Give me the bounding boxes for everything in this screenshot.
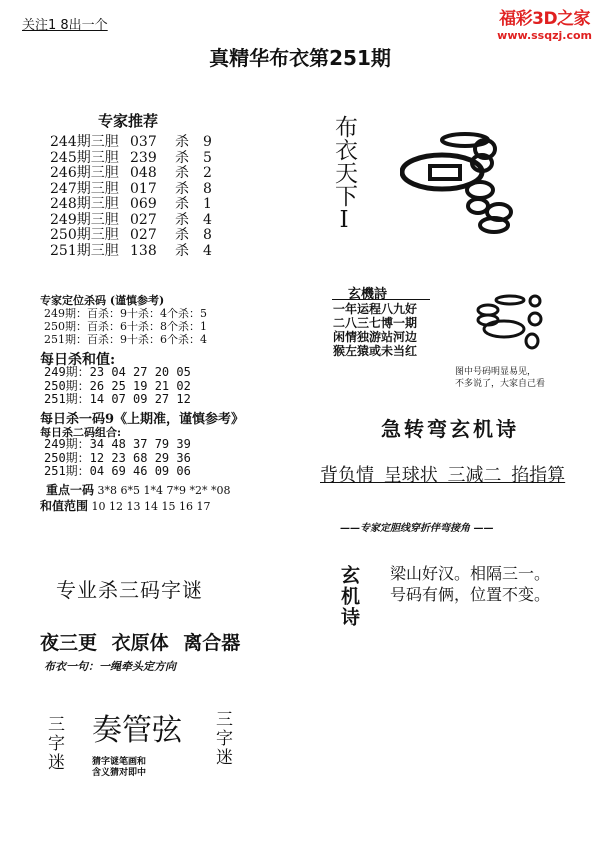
riddle-title: 专业杀三码字谜 <box>56 574 203 603</box>
period: 251期三胆 <box>50 244 130 260</box>
list-item: 251期：14 07 09 27 12 <box>44 393 191 407</box>
kill-label: 杀 <box>175 166 203 182</box>
range-values: 10 12 13 14 15 16 17 <box>92 500 211 513</box>
kill-value: 2 <box>203 166 212 182</box>
focus-note: 关注1 8出一个 <box>22 14 108 33</box>
nums: 037 <box>130 135 175 151</box>
kill-label: 杀 <box>175 182 203 198</box>
verse-line: 号码有俩，位置不变。 <box>390 584 550 605</box>
expert-line: ——专家定胆线穿折伴弯接角 —— <box>340 519 493 534</box>
list-item: 245期三胆239杀5 <box>50 151 212 167</box>
nums: 027 <box>130 228 175 244</box>
kill-value: 8 <box>203 182 212 198</box>
list-item: 251期：百杀：9十杀：6个杀：4 <box>44 333 207 346</box>
kill-label: 杀 <box>175 228 203 244</box>
nums: 048 <box>130 166 175 182</box>
list-item: 244期三胆037杀9 <box>50 135 212 151</box>
riddle-hint: 布衣一句：一绳牵头定方向 <box>44 658 176 674</box>
coin-chain-icon <box>400 130 530 235</box>
period: 249期三胆 <box>50 213 130 229</box>
expert-title: 专家推荐 <box>98 110 158 131</box>
riddle-poem-title: 急转弯玄机诗 <box>0 413 600 442</box>
period: 247期三胆 <box>50 182 130 198</box>
expert-list: 244期三胆037杀9 245期三胆239杀5 246期三胆048杀2 247期… <box>50 135 212 259</box>
nums: 138 <box>130 244 175 260</box>
kill-two-list: 249期：34 48 37 79 39 250期：12 23 68 29 36 … <box>44 438 191 479</box>
position-kill-header: 专家定位杀码 (谨慎参考) <box>40 294 207 307</box>
riddle-words: 夜三更 衣原体 离合器 <box>40 628 240 655</box>
xj-verse: 梁山好汉。相隔三一。 号码有俩，位置不变。 <box>390 563 550 605</box>
nums: 017 <box>130 182 175 198</box>
riddle-poem-words: 背负情 呈球状 三减二 掐指算 <box>320 461 565 487</box>
nums: 239 <box>130 151 175 167</box>
period: 250期三胆 <box>50 228 130 244</box>
focus-code-row: 重点一码 3*8 6*5 1*4 7*9 *2* *08 <box>46 481 230 498</box>
list-item: 248期三胆069杀1 <box>50 197 212 213</box>
page-title: 真精华布衣第251期 <box>0 42 600 71</box>
list-item: 251期：04 69 46 09 06 <box>44 465 191 479</box>
verse-line: 梁山好汉。相隔三一。 <box>390 563 550 584</box>
brand-logo[interactable]: 福彩3D之家 www.ssqzj.com <box>497 4 592 42</box>
caption-line: 不多说了，大家自己看 <box>455 378 545 390</box>
kill-value: 4 <box>203 244 212 260</box>
list-item: 249期：百杀：9十杀：4个杀：5 <box>44 307 207 320</box>
period: 246期三胆 <box>50 166 130 182</box>
period: 244期三胆 <box>50 135 130 151</box>
kill-value: 5 <box>203 151 212 167</box>
kill-label: 杀 <box>175 197 203 213</box>
poem-line: 闲情独游站河边 <box>333 330 417 344</box>
kill-value: 8 <box>203 228 212 244</box>
three-char-riddle-left: 三字迷 <box>42 715 67 772</box>
kill-label: 杀 <box>175 135 203 151</box>
image-caption: 图中号码明显易见， 不多说了，大家自己看 <box>455 366 545 390</box>
period: 245期三胆 <box>50 151 130 167</box>
kill-value: 1 <box>203 197 212 213</box>
riddle-big-word: 奏管弦 <box>92 705 182 749</box>
list-item: 250期：12 23 68 29 36 <box>44 452 191 466</box>
vertical-title-text: 布衣天下I <box>331 115 357 233</box>
nums: 027 <box>130 213 175 229</box>
caption-line: 图中号码明显易见， <box>455 366 545 378</box>
kill-value: 4 <box>203 213 212 229</box>
poem-line: 一年运程八九好 <box>333 302 417 316</box>
range-label: 和值范围 <box>40 499 88 513</box>
sum-kill-list: 249期：23 04 27 20 05 250期：26 25 19 21 02 … <box>44 366 191 407</box>
list-item: 249期三胆027杀4 <box>50 213 212 229</box>
kill-value: 9 <box>203 135 212 151</box>
list-item: 250期：26 25 19 21 02 <box>44 380 191 394</box>
brand-url: www.ssqzj.com <box>497 29 592 42</box>
poem-line: 猴左猿或未当红 <box>333 344 417 358</box>
kill-label: 杀 <box>175 151 203 167</box>
kill-label: 杀 <box>175 213 203 229</box>
vertical-title: 布衣天下I <box>330 115 358 239</box>
kill-label: 杀 <box>175 244 203 260</box>
xj-vertical-title: 玄机诗 <box>336 565 363 628</box>
riddle-caption: 猜字谜笔画和含义猜对即中 <box>92 757 152 779</box>
poem-line: 二八三七博一期 <box>333 316 417 330</box>
poem-lines: 一年运程八九好 二八三七博一期 闲情独游站河边 猴左猿或未当红 <box>333 302 417 358</box>
number-image-icon <box>470 293 550 353</box>
list-item: 247期三胆017杀8 <box>50 182 212 198</box>
list-item: 251期三胆138杀4 <box>50 244 212 260</box>
three-char-riddle-right: 三字迷 <box>210 710 235 767</box>
divider <box>332 299 430 300</box>
list-item: 246期三胆048杀2 <box>50 166 212 182</box>
position-kill-block: 专家定位杀码 (谨慎参考) 249期：百杀：9十杀：4个杀：5 250期：百杀：… <box>44 294 207 346</box>
sum-range-row: 和值范围 10 12 13 14 15 16 17 <box>40 497 210 514</box>
period: 248期三胆 <box>50 197 130 213</box>
list-item: 250期：百杀：6十杀：8个杀：1 <box>44 320 207 333</box>
focus-values: 3*8 6*5 1*4 7*9 *2* *08 <box>98 484 231 497</box>
list-item: 250期三胆027杀8 <box>50 228 212 244</box>
focus-label: 重点一码 <box>46 483 94 497</box>
brand-name: 福彩3D之家 <box>497 4 592 29</box>
list-item: 249期：23 04 27 20 05 <box>44 366 191 380</box>
nums: 069 <box>130 197 175 213</box>
